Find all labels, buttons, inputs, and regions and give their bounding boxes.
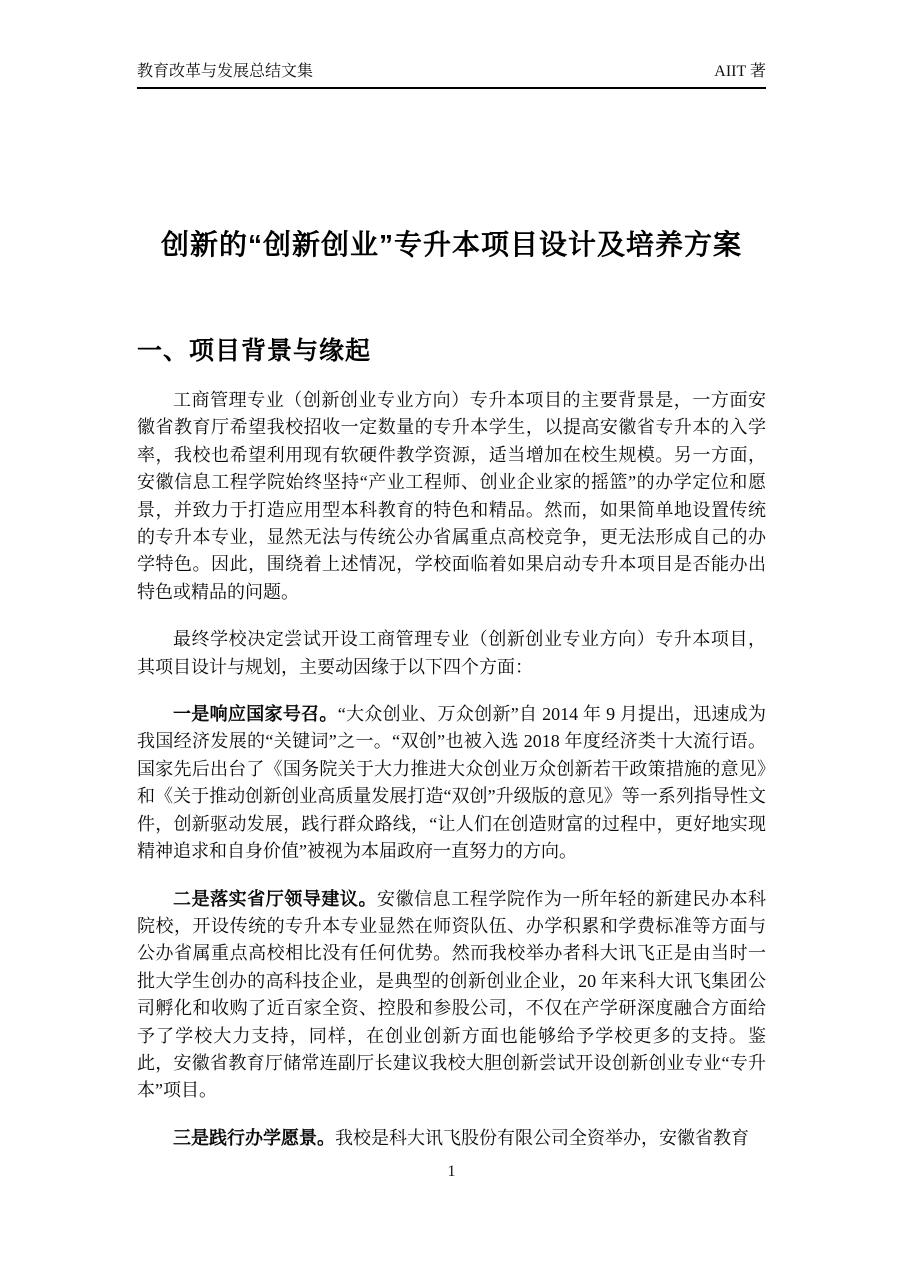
paragraph-4-text: 安徽信息工程学院作为一所年轻的新建民办本科院校，开设传统的专升本专业显然在师资队…	[137, 889, 766, 1101]
paragraph-5-lead: 三是践行办学愿景。	[173, 1128, 335, 1148]
paragraph-3-lead: 一是响应国家号召。	[173, 704, 338, 724]
page-number: 1	[137, 1161, 766, 1183]
paragraph-1: 工商管理专业（创新创业专业方向）专升本项目的主要背景是，一方面安徽省教育厅希望我…	[137, 387, 766, 606]
paragraph-4: 二是落实省厅领导建议。安徽信息工程学院作为一所年轻的新建民办本科院校，开设传统的…	[137, 886, 766, 1105]
document-title: 创新的“创新创业”专升本项目设计及培养方案	[137, 227, 766, 263]
header-left-text: 教育改革与发展总结文集	[137, 61, 313, 83]
running-header: 教育改革与发展总结文集 AIIT 著	[137, 61, 766, 89]
paragraph-4-lead: 二是落实省厅领导建议。	[173, 889, 377, 909]
paragraph-5: 三是践行办学愿景。我校是科大讯飞股份有限公司全资举办，安徽省教育	[137, 1125, 766, 1152]
paragraph-1-text: 工商管理专业（创新创业专业方向）专升本项目的主要背景是，一方面安徽省教育厅希望我…	[137, 390, 766, 602]
paragraph-2-text: 最终学校决定尝试开设工商管理专业（创新创业专业方向）专升本项目，其项目设计与规划…	[137, 629, 766, 676]
paragraph-5-text: 我校是科大讯飞股份有限公司全资举办，安徽省教育	[335, 1128, 749, 1148]
header-right-text: AIIT 著	[714, 61, 766, 83]
document-page: 教育改革与发展总结文集 AIIT 著 创新的“创新创业”专升本项目设计及培养方案…	[0, 0, 900, 1272]
section-heading: 一、项目背景与缘起	[137, 335, 766, 367]
paragraph-2: 最终学校决定尝试开设工商管理专业（创新创业专业方向）专升本项目，其项目设计与规划…	[137, 626, 766, 681]
paragraph-3-text: “大众创业、万众创新”自 2014 年 9 月提出，迅速成为我国经济发展的“关键…	[137, 704, 766, 861]
paragraph-3: 一是响应国家号召。“大众创业、万众创新”自 2014 年 9 月提出，迅速成为我…	[137, 701, 766, 865]
document-content: 教育改革与发展总结文集 AIIT 著 创新的“创新创业”专升本项目设计及培养方案…	[137, 0, 766, 1152]
